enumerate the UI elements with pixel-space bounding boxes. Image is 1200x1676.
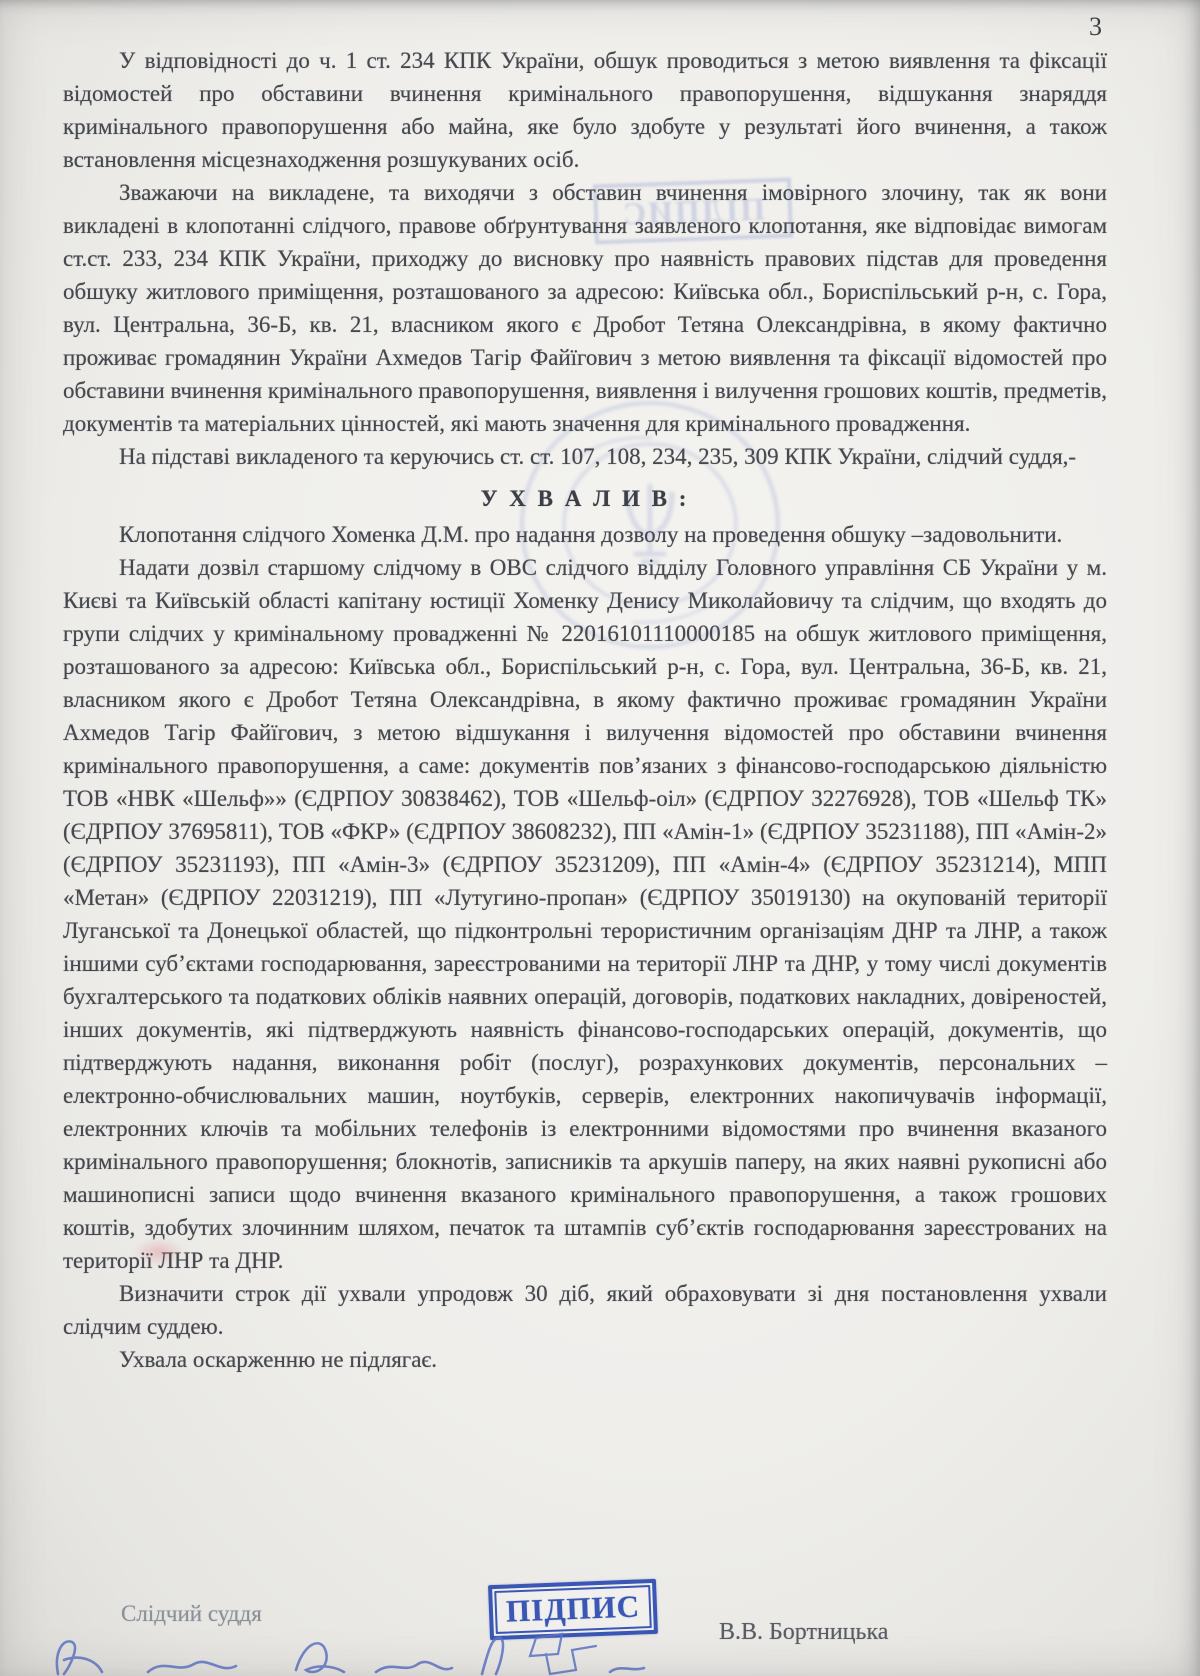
handwritten-signature: [0, 1628, 720, 1676]
paragraph-legal-grounds: На підставі викладеного та керуючись ст.…: [63, 440, 1107, 473]
signature-stamp-text: ПІДПИС: [494, 1585, 652, 1634]
page-number: 3: [1089, 12, 1102, 42]
resolution-heading: У Х В А Л И В :: [63, 482, 1107, 515]
paragraph-reasoning: Зважаючи на викладене, та виходячи з обс…: [63, 176, 1107, 440]
judge-role-label: Слідчий суддя: [121, 1601, 262, 1627]
document-body: У відповідності до ч. 1 ст. 234 КПК Укра…: [63, 44, 1107, 1376]
judge-name: В.В. Бортницька: [719, 1619, 888, 1646]
paragraph-law-basis: У відповідності до ч. 1 ст. 234 КПК Укра…: [63, 44, 1107, 176]
paragraph-search-permission: Надати дозвіл старшому слідчому в ОВС сл…: [63, 551, 1107, 1277]
paragraph-grant-motion: Клопотання слідчого Хоменка Д.М. про над…: [63, 518, 1107, 551]
scanned-court-ruling-page: 3 ПІДПИС У відповідності до ч. 1 ст. 234…: [0, 0, 1200, 1676]
paragraph-validity-term: Визначити строк дії ухвали упродовж 30 д…: [63, 1277, 1107, 1343]
paragraph-no-appeal: Ухвала оскарженню не підлягає.: [63, 1343, 1107, 1376]
